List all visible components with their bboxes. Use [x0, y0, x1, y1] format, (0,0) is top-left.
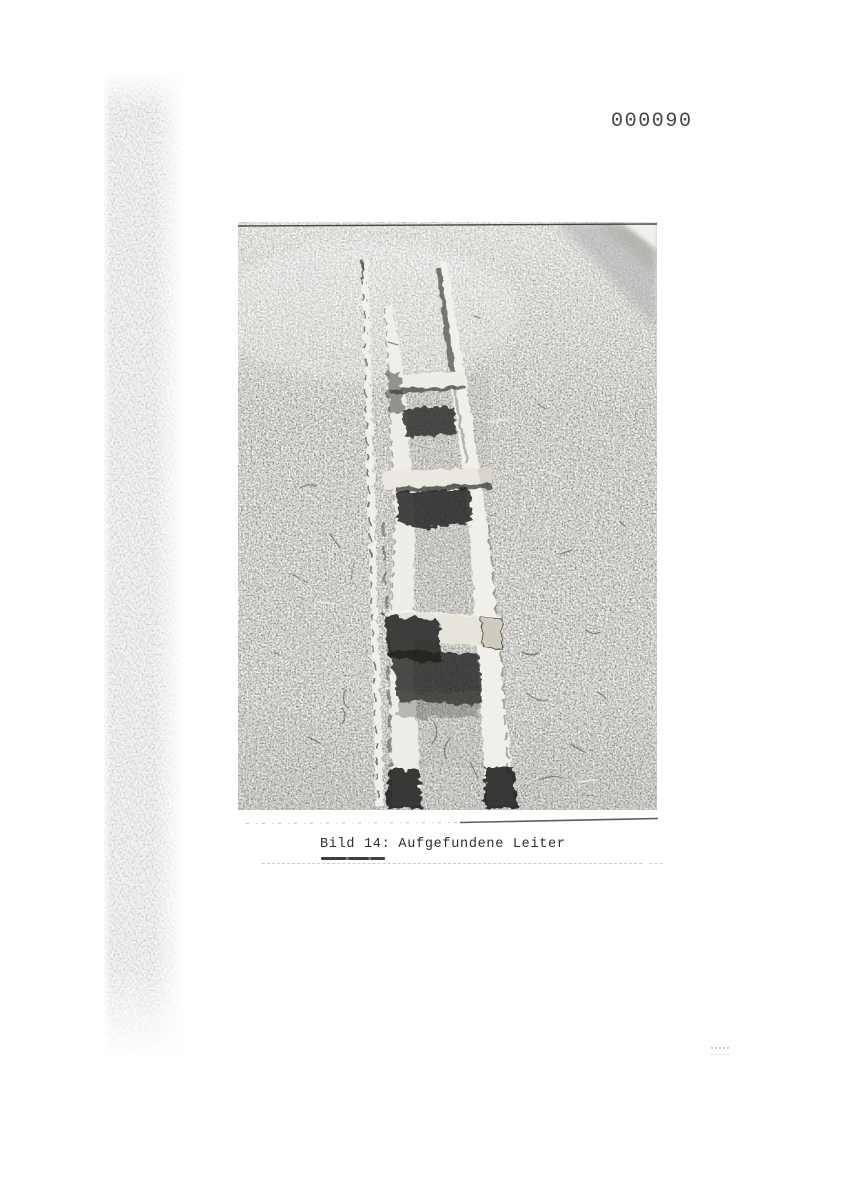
figure-caption: Bild 14:Aufgefundene Leiter — [320, 836, 566, 853]
faint-corner-mark — [711, 1047, 729, 1055]
caption-underline — [321, 857, 385, 860]
figure-caption-title: Aufgefundene Leiter — [398, 837, 565, 852]
ladder-photo — [238, 222, 657, 810]
scan-line-above-caption — [238, 814, 658, 828]
scan-line-below-caption-fragment — [649, 863, 663, 864]
ladder-foot-shadow-right — [484, 768, 517, 808]
scanned-report-page: 000090 — [0, 0, 849, 1200]
scanner-noise-band — [104, 70, 186, 1062]
page-number-stamp: 000090 — [611, 110, 693, 133]
figure-caption-label: Bild 14: — [320, 837, 390, 852]
ladder-foot-shadow-left — [387, 770, 422, 808]
scan-line-below-caption — [262, 863, 642, 864]
